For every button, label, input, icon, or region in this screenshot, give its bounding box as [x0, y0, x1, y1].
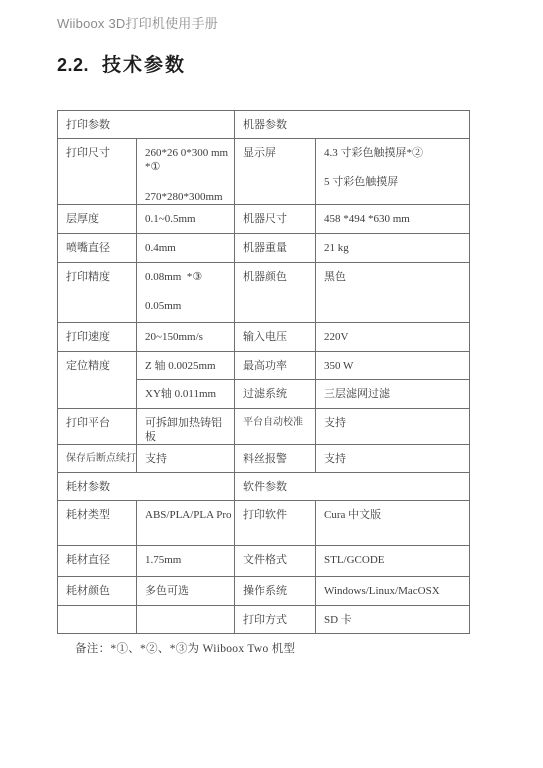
- filament-alarm-label: 料丝报警: [235, 445, 316, 473]
- section-title: 技术参数: [102, 55, 186, 76]
- machine-size-value: 458 *494 *630 mm: [316, 204, 470, 233]
- filter-system-value: 三层滤网过滤: [316, 379, 470, 408]
- print-speed-label: 打印速度: [58, 322, 137, 351]
- table-row: 耗材参数 软件参数: [58, 473, 470, 501]
- table-row: 耗材颜色 多色可选 操作系统 Windows/Linux/MacOSX: [58, 577, 470, 606]
- table-row: 喷嘴直径 0.4mm 机器重量 21 kg: [58, 233, 470, 262]
- input-voltage-label: 输入电压: [235, 322, 316, 351]
- os-value: Windows/Linux/MacOSX: [316, 577, 470, 606]
- filter-system-label: 过滤系统: [235, 379, 316, 408]
- positioning-precision-label: 定位精度: [58, 351, 137, 408]
- material-type-value: ABS/PLA/PLA Pro: [137, 501, 235, 546]
- print-precision-value: 0.08mm *③ 0.05mm: [137, 262, 235, 322]
- print-mode-label: 打印方式: [235, 606, 316, 634]
- print-speed-value: 20~150mm/s: [137, 322, 235, 351]
- file-format-label: 文件格式: [235, 546, 316, 577]
- section-cell-print-params: 打印参数: [58, 111, 235, 139]
- display-value-line2: 5 寸彩色触摸屏: [324, 175, 467, 189]
- machine-color-value: 黑色: [316, 262, 470, 322]
- section-heading: 2.2.技术参数: [57, 50, 186, 77]
- document-header: Wiiboox 3D打印机使用手册: [57, 13, 218, 32]
- section-cell-machine-params: 机器参数: [235, 111, 470, 139]
- print-precision-value-line2: 0.05mm: [145, 299, 232, 313]
- table-row: 打印速度 20~150mm/s 输入电压 220V: [58, 322, 470, 351]
- filament-alarm-value: 支持: [316, 445, 470, 473]
- table-row: 耗材直径 1.75mm 文件格式 STL/GCODE: [58, 546, 470, 577]
- machine-weight-label: 机器重量: [235, 233, 316, 262]
- section-cell-material-params: 耗材参数: [58, 473, 235, 501]
- print-size-value-line1: 260*26 0*300 mm *①: [145, 146, 232, 175]
- material-color-label: 耗材颜色: [58, 577, 137, 606]
- empty-cell: [58, 606, 137, 634]
- auto-calibration-value: 支持: [316, 408, 470, 445]
- print-platform-value: 可拆卸加热铸铝板: [137, 408, 235, 445]
- display-value-line1: 4.3 寸彩色触摸屏*②: [324, 146, 467, 160]
- layer-thickness-value: 0.1~0.5mm: [137, 204, 235, 233]
- material-diameter-value: 1.75mm: [137, 546, 235, 577]
- print-mode-value: SD 卡: [316, 606, 470, 634]
- footnote: 备注：*①、*②、*③为 Wiiboox Two 机型: [75, 640, 295, 656]
- layer-thickness-label: 层厚度: [58, 204, 137, 233]
- print-software-value: Cura 中文版: [316, 501, 470, 546]
- resume-print-label: 保存后断点续打: [58, 445, 137, 473]
- empty-cell: [137, 606, 235, 634]
- machine-size-label: 机器尺寸: [235, 204, 316, 233]
- file-format-value: STL/GCODE: [316, 546, 470, 577]
- section-cell-software-params: 软件参数: [235, 473, 470, 501]
- table-row: 打印尺寸 260*26 0*300 mm *① 270*280*300mm 显示…: [58, 139, 470, 205]
- machine-color-label: 机器颜色: [235, 262, 316, 322]
- machine-weight-value: 21 kg: [316, 233, 470, 262]
- table-row: 保存后断点续打 支持 料丝报警 支持: [58, 445, 470, 473]
- table-row: 打印方式 SD 卡: [58, 606, 470, 634]
- input-voltage-value: 220V: [316, 322, 470, 351]
- table-row: 打印参数 机器参数: [58, 111, 470, 139]
- table-row: 耗材类型 ABS/PLA/PLA Pro 打印软件 Cura 中文版: [58, 501, 470, 546]
- print-size-value: 260*26 0*300 mm *① 270*280*300mm: [137, 139, 235, 205]
- table-row: 定位精度 Z 轴 0.0025mm 最高功率 350 W: [58, 351, 470, 379]
- spec-table: 打印参数 机器参数 打印尺寸 260*26 0*300 mm *① 270*28…: [57, 110, 470, 634]
- material-color-value: 多色可选: [137, 577, 235, 606]
- nozzle-diameter-label: 喷嘴直径: [58, 233, 137, 262]
- max-power-value: 350 W: [316, 351, 470, 379]
- material-type-label: 耗材类型: [58, 501, 137, 546]
- print-software-label: 打印软件: [235, 501, 316, 546]
- auto-calibration-label: 平台自动校准: [235, 408, 316, 445]
- table-row: 打印精度 0.08mm *③ 0.05mm 机器颜色 黑色: [58, 262, 470, 322]
- positioning-z-value: Z 轴 0.0025mm: [137, 351, 235, 379]
- positioning-xy-value: XY轴 0.011mm: [137, 379, 235, 408]
- print-size-label: 打印尺寸: [58, 139, 137, 205]
- display-label: 显示屏: [235, 139, 316, 205]
- max-power-label: 最高功率: [235, 351, 316, 379]
- print-size-value-line2: 270*280*300mm: [145, 190, 232, 204]
- print-precision-label: 打印精度: [58, 262, 137, 322]
- print-platform-label: 打印平台: [58, 408, 137, 445]
- nozzle-diameter-value: 0.4mm: [137, 233, 235, 262]
- section-number: 2.2.: [57, 55, 89, 75]
- os-label: 操作系统: [235, 577, 316, 606]
- material-diameter-label: 耗材直径: [58, 546, 137, 577]
- table-row: 层厚度 0.1~0.5mm 机器尺寸 458 *494 *630 mm: [58, 204, 470, 233]
- manual-page: Wiiboox 3D打印机使用手册 2.2.技术参数 打印参数 机器参数 打印尺…: [0, 0, 543, 768]
- print-precision-value-line1: 0.08mm *③: [145, 270, 232, 284]
- resume-print-value: 支持: [137, 445, 235, 473]
- table-row: 打印平台 可拆卸加热铸铝板 平台自动校准 支持: [58, 408, 470, 445]
- display-value: 4.3 寸彩色触摸屏*② 5 寸彩色触摸屏: [316, 139, 470, 205]
